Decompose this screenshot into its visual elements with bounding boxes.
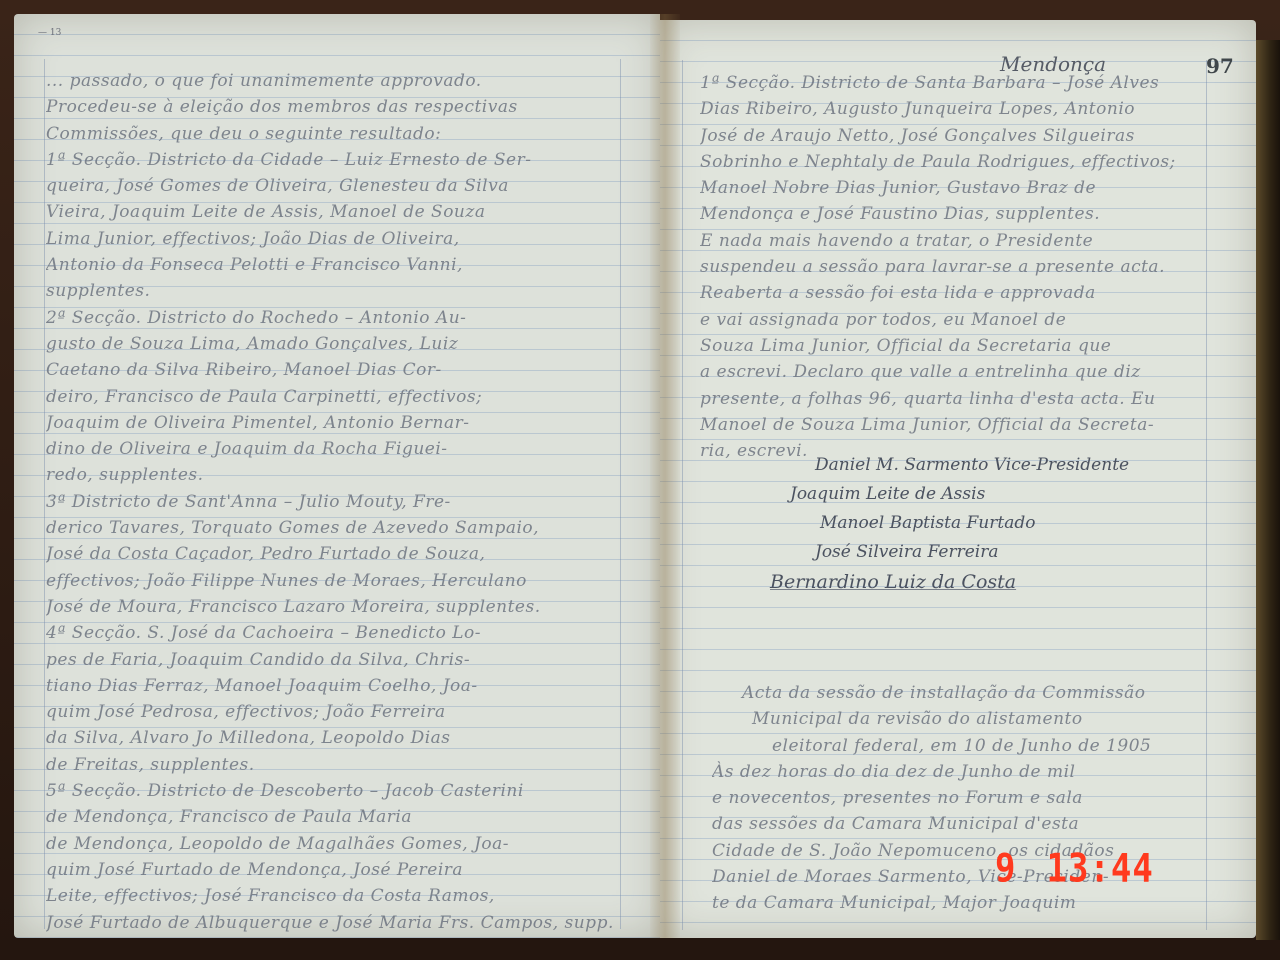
timestamp-time: 13:44 — [1046, 846, 1153, 892]
text-line: queira, José Gomes de Oliveira, Gleneste… — [46, 173, 626, 199]
text-line: Sobrinho e Nephtaly de Paula Rodrigues, … — [700, 149, 1240, 175]
text-line: Lima Junior, effectivos; João Dias de Ol… — [46, 226, 626, 252]
text-line: Caetano da Silva Ribeiro, Manoel Dias Co… — [46, 357, 626, 383]
text-line: effectivos; João Filippe Nunes de Moraes… — [46, 568, 626, 594]
signature: Bernardino Luiz da Costa — [770, 571, 1190, 600]
text-line: Vieira, Joaquim Leite de Assis, Manoel d… — [46, 199, 626, 225]
left-margin-rule — [44, 59, 45, 929]
text-line: quim José Pedrosa, effectivos; João Ferr… — [46, 699, 626, 725]
camera-timestamp-overlay: 913:44 — [995, 846, 1154, 892]
text-line: presente, a folhas 96, quarta linha d'es… — [700, 386, 1240, 412]
act-heading-line: Acta da sessão de installação da Commiss… — [712, 680, 1242, 706]
book-binding-edge — [1256, 40, 1280, 940]
text-line: Leite, effectivos; José Francisco da Cos… — [46, 883, 626, 909]
act-heading-line: Municipal da revisão do alistamento — [712, 706, 1242, 732]
text-line: Commissões, que deu o seguinte resultado… — [46, 121, 626, 147]
text-line: E nada mais havendo a tratar, o Presiden… — [700, 228, 1240, 254]
text-line: Souza Lima Junior, Official da Secretari… — [700, 333, 1240, 359]
text-line: Mendonça e José Faustino Dias, supplente… — [700, 201, 1240, 227]
text-line: da Silva, Alvaro Jo Milledona, Leopoldo … — [46, 725, 626, 751]
text-line: José Furtado de Albuquerque e José Maria… — [46, 910, 626, 936]
text-line: e vai assignada por todos, eu Manoel de — [700, 307, 1240, 333]
left-margin-rule — [682, 60, 683, 930]
second-act-text: Acta da sessão de installação da Commiss… — [712, 680, 1242, 917]
text-line: Às dez horas do dia dez de Junho de mil — [712, 759, 1242, 785]
text-line: 1ª Secção. Districto de Santa Barbara – … — [700, 70, 1240, 96]
text-line: redo, supplentes. — [46, 462, 626, 488]
text-line: pes de Faria, Joaquim Candido da Silva, … — [46, 647, 626, 673]
text-line: Manoel de Souza Lima Junior, Official da… — [700, 412, 1240, 438]
text-line: de Mendonça, Francisco de Paula Maria — [46, 804, 626, 830]
right-page-text: 1ª Secção. Districto de Santa Barbara – … — [700, 70, 1240, 464]
left-page-corner-mark: — 13 — [38, 28, 61, 38]
text-line: Reaberta a sessão foi esta lida e approv… — [700, 280, 1240, 306]
text-line: suspendeu a sessão para lavrar-se a pres… — [700, 254, 1240, 280]
text-line: te da Camara Municipal, Major Joaquim — [712, 890, 1242, 916]
signature: Manoel Baptista Furtado — [820, 513, 1190, 542]
text-line: 4ª Secção. S. José da Cachoeira – Benedi… — [46, 620, 626, 646]
text-line: José de Moura, Francisco Lazaro Moreira,… — [46, 594, 626, 620]
text-line: das sessões da Camara Municipal d'esta — [712, 811, 1242, 837]
act-heading-line: eleitoral federal, em 10 de Junho de 190… — [712, 733, 1242, 759]
text-line: Antonio da Fonseca Pelotti e Francisco V… — [46, 252, 626, 278]
text-line: 5ª Secção. Districto de Descoberto – Jac… — [46, 778, 626, 804]
text-line: a escrevi. Declaro que valle a entrelinh… — [700, 359, 1240, 385]
text-line: gusto de Souza Lima, Amado Gonçalves, Lu… — [46, 331, 626, 357]
text-line: tiano Dias Ferraz, Manoel Joaquim Coelho… — [46, 673, 626, 699]
text-line: 3ª Districto de Sant'Anna – Julio Mouty,… — [46, 489, 626, 515]
text-line: de Freitas, supplentes. — [46, 752, 626, 778]
signature: Daniel M. Sarmento Vice-Presidente — [815, 455, 1190, 484]
text-line: de Mendonça, Leopoldo de Magalhães Gomes… — [46, 831, 626, 857]
text-line: ... passado, o que foi unanimemente appr… — [46, 68, 626, 94]
text-line: 1ª Secção. Districto da Cidade – Luiz Er… — [46, 147, 626, 173]
text-line: derico Tavares, Torquato Gomes de Azeved… — [46, 515, 626, 541]
text-line: Daniel de Moraes Sarmento, Vice-Presiden… — [712, 864, 1242, 890]
text-line: supplentes. — [46, 278, 626, 304]
signature-block: Daniel M. Sarmento Vice-Presidente Joaqu… — [770, 455, 1190, 600]
signature: Joaquim Leite de Assis — [790, 484, 1190, 513]
book-spine-gutter — [650, 14, 680, 938]
text-line: dino de Oliveira e Joaquim da Rocha Figu… — [46, 436, 626, 462]
text-line: José da Costa Caçador, Pedro Furtado de … — [46, 541, 626, 567]
text-line: Manoel Nobre Dias Junior, Gustavo Braz d… — [700, 175, 1240, 201]
text-line: quim José Furtado de Mendonça, José Pere… — [46, 857, 626, 883]
text-line: Cidade de S. João Nepomuceno, os cidadão… — [712, 838, 1242, 864]
signature: José Silveira Ferreira — [815, 542, 1190, 571]
text-line: Procedeu-se à eleição dos membros das re… — [46, 94, 626, 120]
text-line: Dias Ribeiro, Augusto Junqueira Lopes, A… — [700, 96, 1240, 122]
text-line: 2ª Secção. Districto do Rochedo – Antoni… — [46, 305, 626, 331]
text-line: deiro, Francisco de Paula Carpinetti, ef… — [46, 384, 626, 410]
left-page-text: ... passado, o que foi unanimemente appr… — [46, 68, 626, 936]
timestamp-day: 9 — [995, 846, 1016, 892]
text-line: e novecentos, presentes no Forum e sala — [712, 785, 1242, 811]
text-line: Joaquim de Oliveira Pimentel, Antonio Be… — [46, 410, 626, 436]
text-line: José de Araujo Netto, José Gonçalves Sil… — [700, 123, 1240, 149]
